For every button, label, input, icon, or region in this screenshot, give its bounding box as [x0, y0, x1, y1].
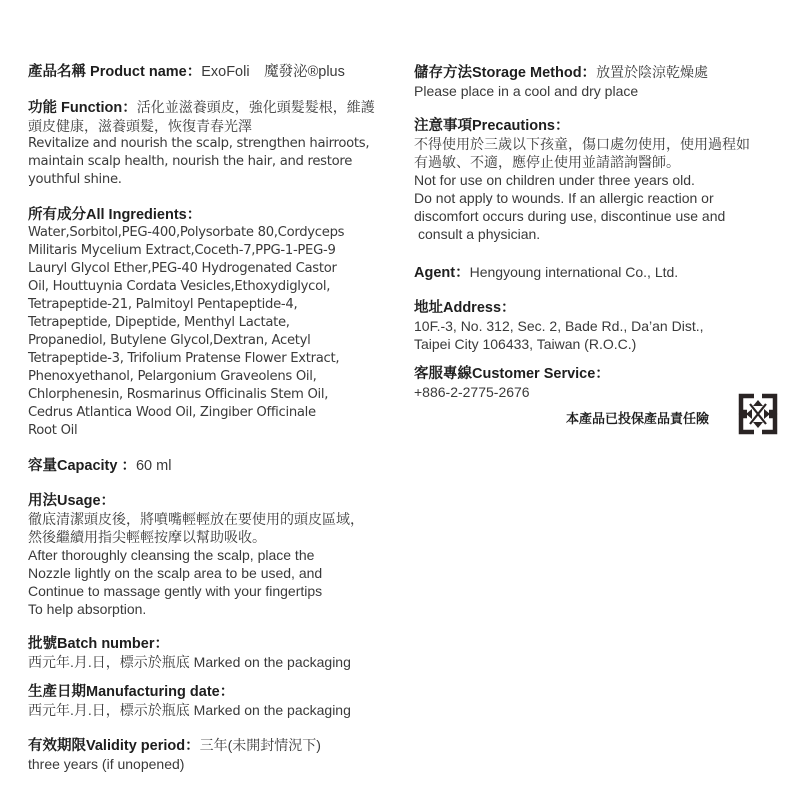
address-line-2: Taipei City 106433, Taiwan (R.O.C.) — [414, 335, 784, 353]
product-name-section: 產品名稱 Product name：ExoFoli 魔發泌®plus — [28, 63, 400, 81]
usage-section: 用法Usage： 徹底清潔頭皮後，將噴嘴輕輕放在要使用的頭皮區域， 然後繼續用指… — [28, 492, 400, 618]
address-section: 地址Address： 10F.-3, No. 312, Sec. 2, Bade… — [414, 299, 784, 353]
customer-service-label: 客服專線Customer Service： — [414, 365, 784, 383]
right-column: 儲存方法Storage Method：放置於陰涼乾燥處 Please place… — [414, 63, 784, 401]
product-name-value: ExoFoli 魔發泌®plus — [201, 64, 345, 80]
batch-section: 批號Batch number： 西元年.月.日，標示於瓶底 Marked on … — [28, 635, 400, 671]
ingredients-line: Militaris Mycelium Extract,Coceth-7,PPG-… — [28, 242, 400, 260]
storage-label: 儲存方法Storage Method： — [414, 65, 596, 81]
ingredients-line: Propanediol, Butylene Glycol,Dextran, Ac… — [28, 332, 400, 350]
batch-value: 西元年.月.日，標示於瓶底 Marked on the packaging — [28, 653, 400, 671]
ingredients-line: Chlorphenesin, Rosmarinus Officinalis St… — [28, 386, 400, 404]
validity-value-zh: 三年(未開封情況下) — [200, 737, 321, 753]
usage-en-line-3: Continue to massage gently with your fin… — [28, 582, 400, 600]
validity-value-en: three years (if unopened) — [28, 755, 400, 773]
usage-zh-line-2: 然後繼續用指尖輕輕按摩以幫助吸收。 — [28, 528, 400, 546]
function-en-line-1: Revitalize and nourish the scalp, streng… — [28, 135, 400, 153]
ingredients-line: Cedrus Atlantica Wood Oil, Zingiber Offi… — [28, 404, 400, 422]
agent-section: Agent：Hengyoung international Co., Ltd. — [414, 263, 784, 282]
precautions-en-line-1: Not for use on children under three year… — [414, 171, 784, 189]
ingredients-line: Root Oil — [28, 422, 400, 440]
function-en-line-3: youthful shine. — [28, 171, 400, 189]
capacity-section: 容量Capacity ：60 ml — [28, 457, 400, 475]
precautions-en-line-4: consult a physician. — [414, 225, 784, 243]
ingredients-line: Water,Sorbitol,PEG-400,Polysorbate 80,Co… — [28, 224, 400, 242]
ingredients-line: Tetrapeptide-21, Palmitoyl Pentapeptide-… — [28, 296, 400, 314]
ingredients-section: 所有成分All Ingredients： Water,Sorbitol,PEG-… — [28, 206, 400, 440]
storage-value-zh: 放置於陰涼乾燥處 — [596, 64, 708, 80]
usage-en-line-1: After thoroughly cleansing the scalp, pl… — [28, 546, 400, 564]
function-label: 功能 Function： — [28, 100, 137, 116]
address-label: 地址Address： — [414, 299, 784, 317]
capacity-label: 容量Capacity ： — [28, 458, 136, 474]
capacity-value: 60 ml — [136, 458, 171, 474]
manufacturing-label: 生產日期Manufacturing date： — [28, 683, 400, 701]
agent-label: Agent： — [414, 265, 470, 281]
storage-value-en: Please place in a cool and dry place — [414, 82, 784, 100]
validity-section: 有效期限Validity period：三年(未開封情況下) three yea… — [28, 736, 400, 773]
manufacturing-value: 西元年.月.日，標示於瓶底 Marked on the packaging — [28, 701, 400, 719]
insurance-notice: 本產品已投保產品責任險 — [566, 392, 784, 440]
product-name-label: 產品名稱 Product name： — [28, 64, 201, 80]
ingredients-line: Tetrapeptide, Dipeptide, Menthyl Lactate… — [28, 314, 400, 332]
ingredients-line: Lauryl Glycol Ether,PEG-40 Hydrogenated … — [28, 260, 400, 278]
usage-en-line-4: To help absorption. — [28, 600, 400, 618]
precautions-zh-line-2: 有過敏、不適，應停止使用並請諮詢醫師。 — [414, 153, 784, 171]
storage-section: 儲存方法Storage Method：放置於陰涼乾燥處 Please place… — [414, 63, 784, 100]
ingredients-line: Phenoxyethanol, Pelargonium Graveolens O… — [28, 368, 400, 386]
agent-value: Hengyoung international Co., Ltd. — [470, 264, 679, 280]
precautions-label: 注意事項Precautions： — [414, 117, 784, 135]
usage-zh-line-1: 徹底清潔頭皮後，將噴嘴輕輕放在要使用的頭皮區域， — [28, 510, 400, 528]
recycle-icon — [736, 392, 780, 436]
manufacturing-section: 生產日期Manufacturing date： 西元年.月.日，標示於瓶底 Ma… — [28, 683, 400, 719]
left-column: 產品名稱 Product name：ExoFoli 魔發泌®plus 功能 Fu… — [28, 63, 400, 773]
function-section: 功能 Function：活化並滋養頭皮，強化頭髮髮根，維護 頭皮健康，滋養頭髮，… — [28, 98, 400, 189]
usage-label: 用法Usage： — [28, 492, 400, 510]
precautions-zh-line-1: 不得使用於三歲以下孩童，傷口處勿使用，使用過程如 — [414, 135, 784, 153]
validity-label: 有效期限Validity period： — [28, 738, 200, 754]
usage-en-line-2: Nozzle lightly on the scalp area to be u… — [28, 564, 400, 582]
ingredients-line: Tetrapeptide-3, Trifolium Pratense Flowe… — [28, 350, 400, 368]
insurance-text: 本產品已投保產品責任險 — [566, 408, 709, 427]
address-line-1: 10F.-3, No. 312, Sec. 2, Bade Rd., Da’an… — [414, 317, 784, 335]
function-zh-line-2: 頭皮健康，滋養頭髮，恢復青春光澤 — [28, 117, 400, 135]
function-en-line-2: maintain scalp health, nourish the hair,… — [28, 153, 400, 171]
precautions-en-line-2: Do not apply to wounds. If an allergic r… — [414, 189, 784, 207]
function-zh-line-1: 活化並滋養頭皮，強化頭髮髮根，維護 — [137, 99, 375, 115]
precautions-en-line-3: discomfort occurs during use, discontinu… — [414, 207, 784, 225]
ingredients-label: 所有成分All Ingredients： — [28, 206, 400, 224]
ingredients-line: Oil, Houttuynia Cordata Vesicles,Ethoxyd… — [28, 278, 400, 296]
precautions-section: 注意事項Precautions： 不得使用於三歲以下孩童，傷口處勿使用，使用過程… — [414, 117, 784, 243]
batch-label: 批號Batch number： — [28, 635, 400, 653]
